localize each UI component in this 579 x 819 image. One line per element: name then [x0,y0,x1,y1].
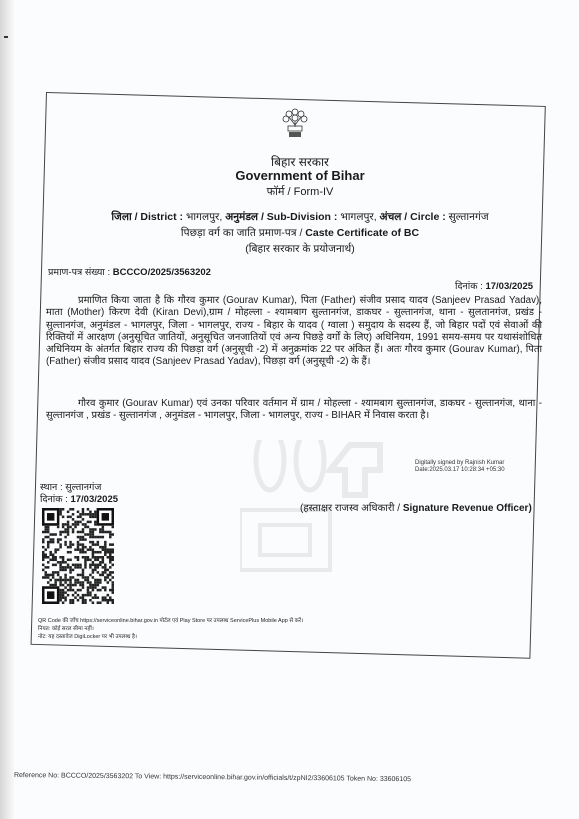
government-title: Government of Bihar [60,168,540,183]
certificate-title: पिछड़ा वर्ग का जाति प्रमाण-पत्र / Caste … [60,226,540,240]
footnote-qr-verify: QR Code की जाँच https://serviceonline.bi… [38,616,303,624]
issue-date-value: 17/03/2025 [485,281,533,292]
district-label: जिला / District : [111,211,183,223]
paragraph-1-text: प्रमाणित किया जाता है कि गौरव कुमार (Gou… [46,295,542,367]
digital-signature-date: Date:2025.03.17 10:28:34 +05:30 [415,467,505,474]
location-line: जिला / District : भागलपुर, अनुमंडल / Sub… [60,210,540,224]
bihar-emblem-icon [275,104,315,138]
circle-label: अंचल / Circle : [380,211,446,223]
issue-date: दिनांक : 17/03/2025 [455,279,533,292]
paragraph-2-text: गौरव कुमार (Gourav Kumar) एवं उनका परिवा… [46,398,542,421]
signature-label: (हस्ताक्षर राजस्व अधिकारी / Signature Re… [300,500,532,514]
watermark-emblem-icon [240,440,390,600]
certificate-number-label: प्रमाण-पत्र संख्या : [48,267,110,278]
certificate-title-english: Caste Certificate of BC [305,227,419,239]
signature-label-english: Signature Revenue Officer) [403,503,532,514]
certificate-number: प्रमाण-पत्र संख्या : BCCCO/2025/3563202 [48,265,211,278]
subdivision-label: अनुमंडल / Sub-Division : [225,211,337,223]
signature-label-hindi: (हस्ताक्षर राजस्व अधिकारी / [300,503,400,514]
certificate-purpose: (बिहार सरकार के प्रयोजनार्थ) [60,242,540,256]
place-date: दिनांक : 17/03/2025 [40,492,118,505]
place-date-value: 17/03/2025 [70,494,118,505]
digital-signature-stamp: Digitally signed by Rajnish Kumar Date:2… [415,460,505,474]
certificate-title-hindi: पिछड़ा वर्ग का जाति प्रमाण-पत्र / [181,227,302,239]
footnote-validity: नियत: कोई सरल सीमा नहीं। [38,624,94,632]
qr-code-icon [42,508,114,604]
certificate-body-paragraph-1: प्रमाणित किया जाता है कि गौरव कुमार (Gou… [46,295,542,369]
footnote-digilocker: नोट: यह दस्तावेज DigiLocker पर भी उपलब्ध… [38,632,137,640]
district-value: भागलपुर, [186,211,222,223]
place-date-label: दिनांक : [40,494,68,505]
certificate-body-paragraph-2: गौरव कुमार (Gourav Kumar) एवं उनका परिवा… [46,398,542,423]
reference-line: Reference No: BCCCO/2025/3563202 To View… [14,772,411,783]
issue-date-label: दिनांक : [455,281,483,292]
circle-value: सुल्तानगंज [449,211,489,223]
certificate: बिहार सरकार Government of Bihar फॉर्म / … [0,0,579,819]
digital-signature-signer: Digitally signed by Rajnish Kumar [415,460,505,467]
subdivision-value: भागलपुर, [340,211,376,223]
certificate-number-value: BCCCO/2025/3563202 [113,267,211,278]
form-label: फॉर्म / Form-IV [60,184,540,199]
